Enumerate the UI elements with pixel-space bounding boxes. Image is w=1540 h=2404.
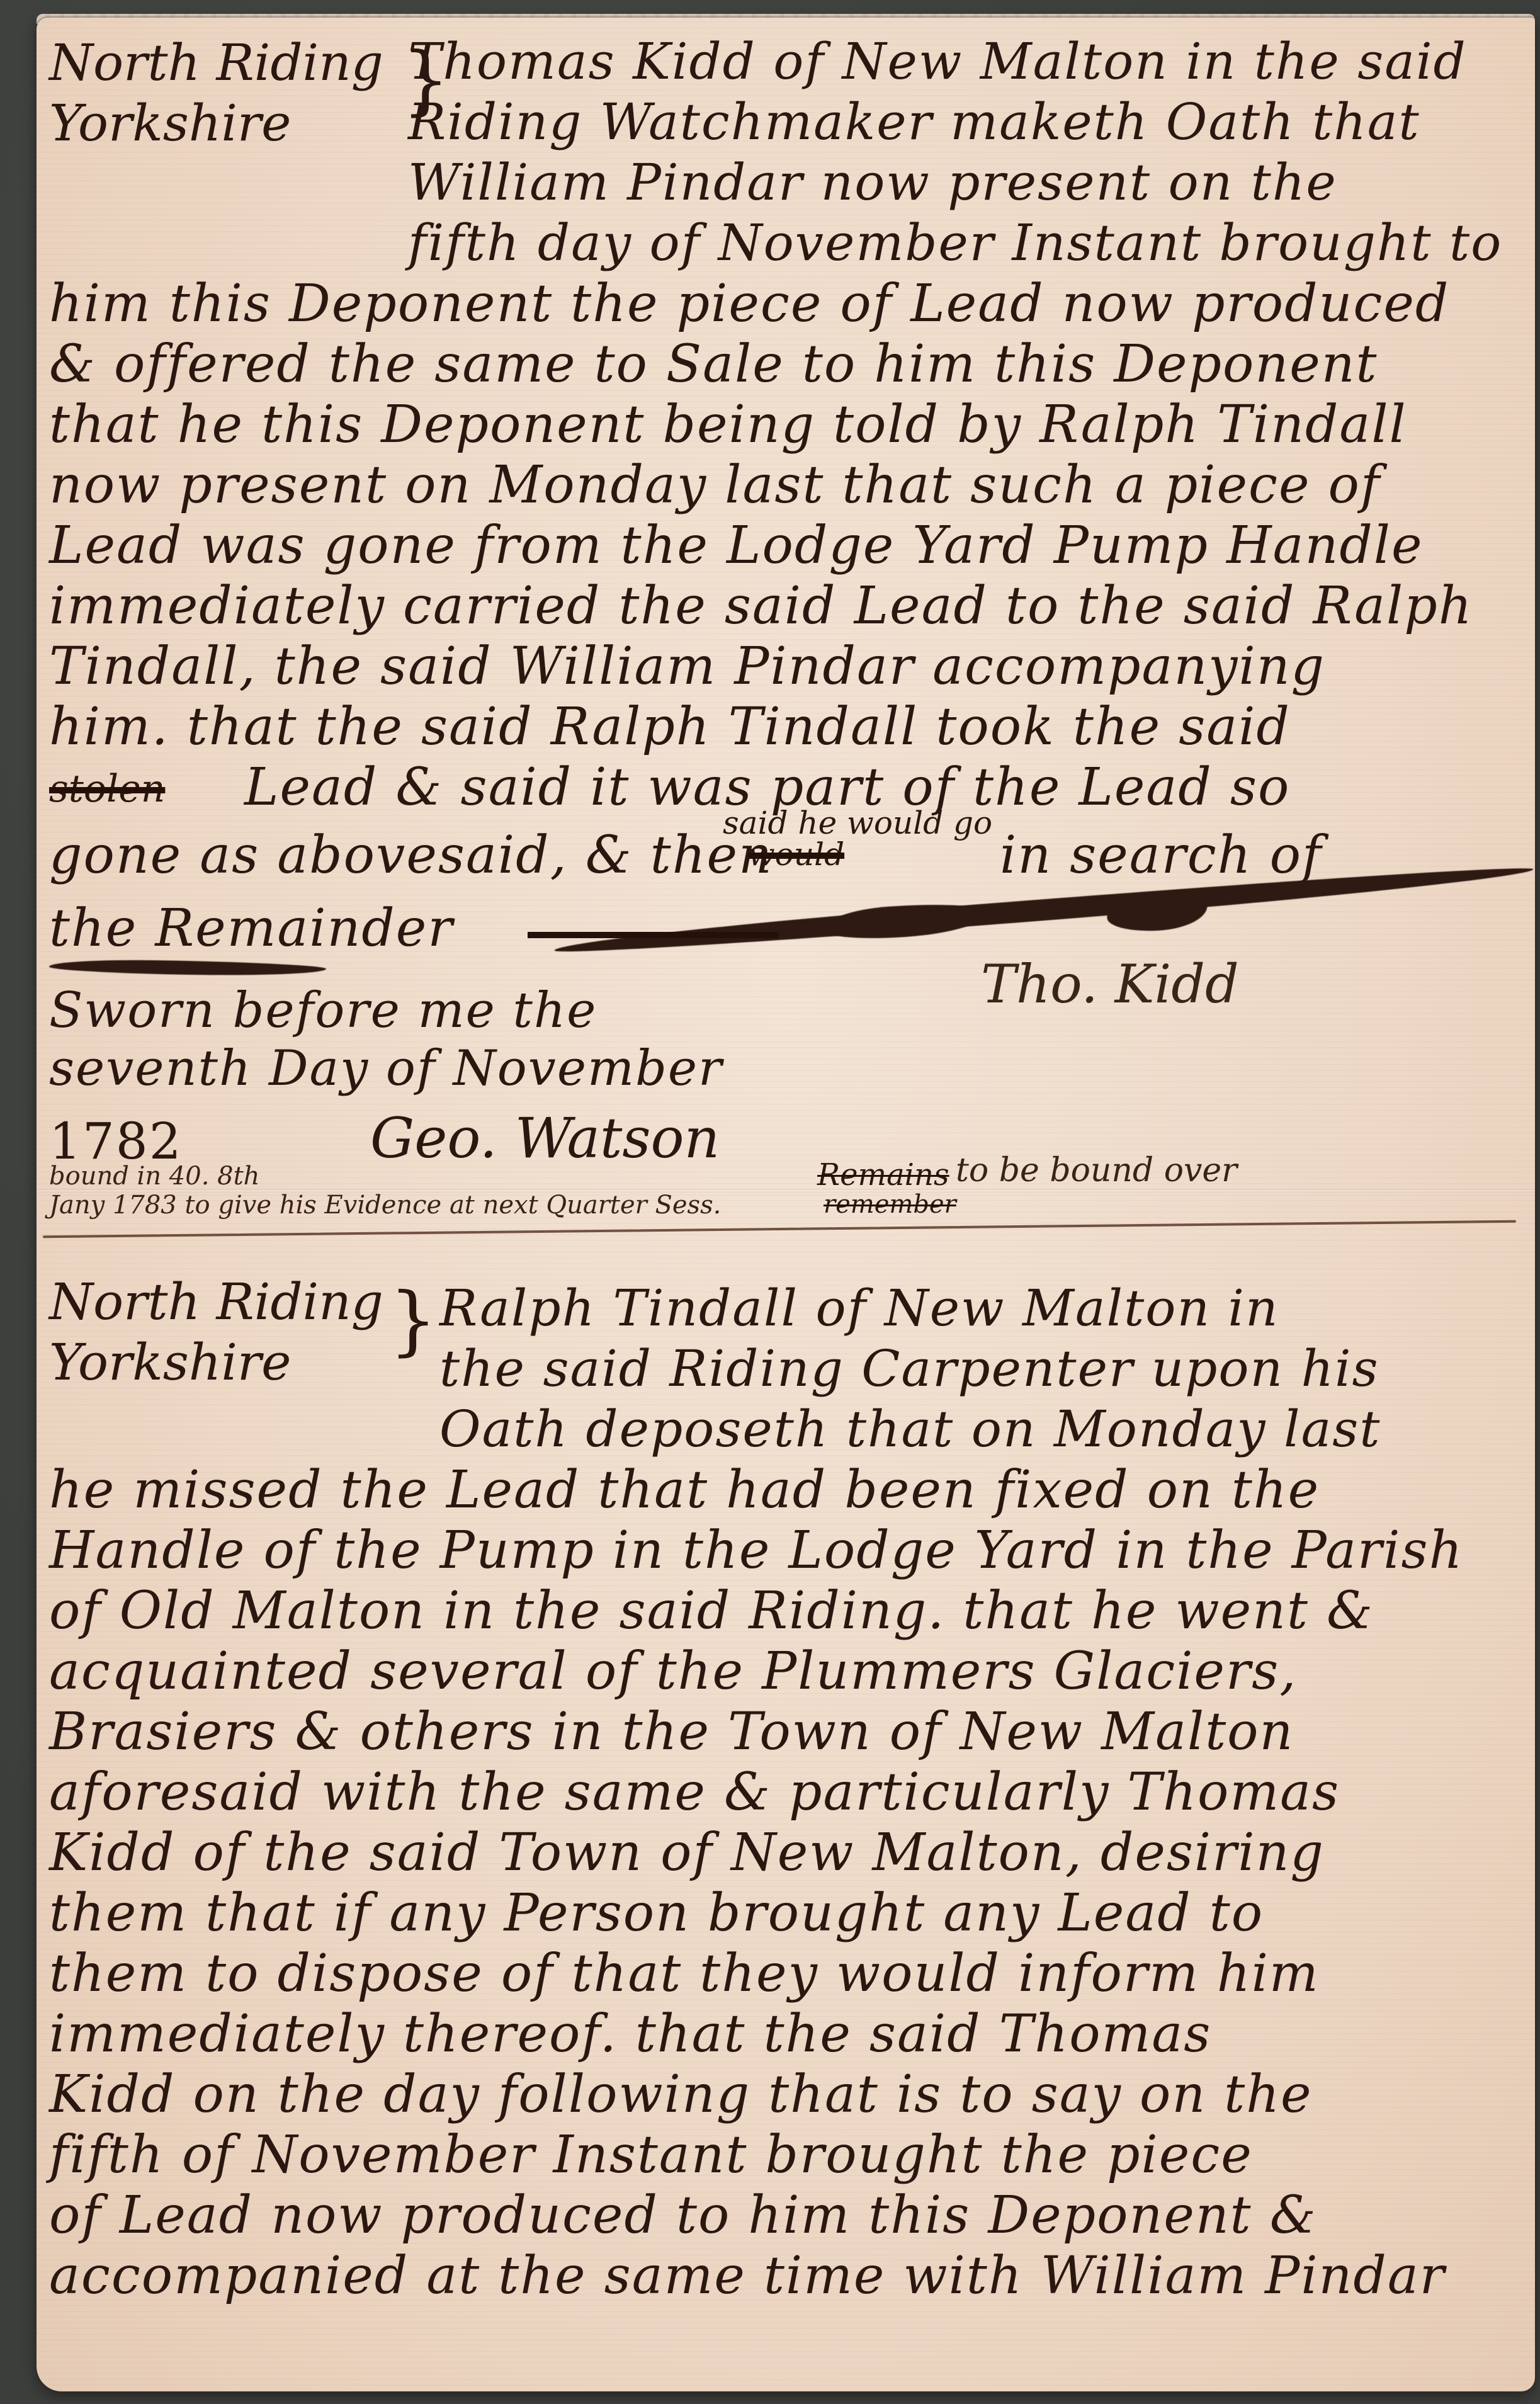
deposition-line: of Lead now produced to him this Deponen… <box>49 2190 1317 2242</box>
deposition-line: Oath deposeth that on Monday last <box>439 1404 1381 1454</box>
deposition-line: aforesaid with the same & particularly T… <box>49 1767 1340 1818</box>
deposition-line: accompanied at the same time with Willia… <box>49 2250 1446 2302</box>
deposition-line: fifth of November Instant brought the pi… <box>49 2129 1253 2181</box>
endorsement-note: bound in 40. 8th <box>49 1164 259 1189</box>
section-divider-rule <box>43 1220 1516 1239</box>
magistrate-signature: Geo. Watson <box>370 1106 720 1171</box>
deposition-line: the Remainder <box>49 903 454 955</box>
deposition-line: & offered the same to Sale to him this D… <box>49 339 1378 390</box>
struck-word: would <box>748 836 844 873</box>
deposition-line: acquainted several of the Plummers Glaci… <box>49 1646 1297 1698</box>
jurat-line: Sworn before me the <box>49 986 597 1035</box>
struck-word: Remains <box>817 1157 949 1193</box>
deposition-line: William Pindar now present on the <box>408 157 1337 208</box>
margin-brace: } <box>389 1283 437 1359</box>
margin-heading-yorkshire: Yorkshire <box>49 98 292 149</box>
deposition-line: Ralph Tindall of New Malton in <box>439 1283 1279 1334</box>
deposition-line: Riding Watchmaker maketh Oath that <box>408 97 1420 147</box>
deposition-line: Handle of the Pump in the Lodge Yard in … <box>49 1525 1463 1577</box>
deposition-line: now present on Monday last that such a p… <box>49 460 1381 511</box>
manuscript-page: North Riding Yorkshire } Thomas Kidd of … <box>37 18 1535 2391</box>
deposition-line: of Old Malton in the said Riding. that h… <box>49 1585 1374 1637</box>
deposition-line: gone as abovesaid, & then <box>49 830 773 882</box>
struck-word: stolen <box>49 767 165 811</box>
ink-blot-mass <box>823 900 988 943</box>
deposition-line: that he this Deponent being told by Ralp… <box>49 399 1407 451</box>
deposition-line: Tindall, the said William Pindar accompa… <box>49 641 1325 693</box>
deposition-line: in search of <box>1000 830 1322 882</box>
endorsement-note: Jany 1783 to give his Evidence at next Q… <box>49 1193 721 1218</box>
margin-heading-north-riding: North Riding <box>49 1277 383 1327</box>
struck-phrase: & then app... <box>528 912 778 956</box>
deposition-line: fifth day of November Instant brought to <box>408 218 1502 268</box>
jurat-year: 1782 <box>49 1116 183 1167</box>
deposition-line: he missed the Lead that had been fixed o… <box>49 1465 1320 1516</box>
deponent-signature: Tho. Kidd <box>981 953 1239 1015</box>
deposition-line: them to dispose of that they would infor… <box>49 1948 1320 2000</box>
deposition-line: Thomas Kidd of New Malton in the said <box>408 37 1467 87</box>
deposition-line: Kidd on the day following that is to say… <box>49 2069 1313 2121</box>
deposition-line: them that if any Person brought any Lead… <box>49 1888 1264 1939</box>
jurat-line: seventh Day of November <box>49 1044 723 1093</box>
deposition-line: him. that the said Ralph Tindall took th… <box>49 701 1291 753</box>
struck-word: remember <box>824 1190 956 1219</box>
deposition-line: Kidd of the said Town of New Malton, des… <box>49 1827 1325 1879</box>
margin-heading-yorkshire: Yorkshire <box>49 1337 292 1388</box>
deposition-line: Brasiers & others in the Town of New Mal… <box>49 1706 1294 1758</box>
ink-underline-blot <box>49 958 326 977</box>
deposition-line: the said Riding Carpenter upon his <box>439 1344 1379 1394</box>
endorsement-note: to be bound over <box>956 1154 1237 1187</box>
deposition-line: Lead was gone from the Lodge Yard Pump H… <box>49 520 1424 572</box>
deposition-line: him this Deponent the piece of Lead now … <box>49 278 1449 330</box>
margin-heading-north-riding: North Riding <box>49 38 383 88</box>
deposition-line: immediately thereof. that the said Thoma… <box>49 2009 1211 2060</box>
deposition-line: immediately carried the said Lead to the… <box>49 581 1473 632</box>
